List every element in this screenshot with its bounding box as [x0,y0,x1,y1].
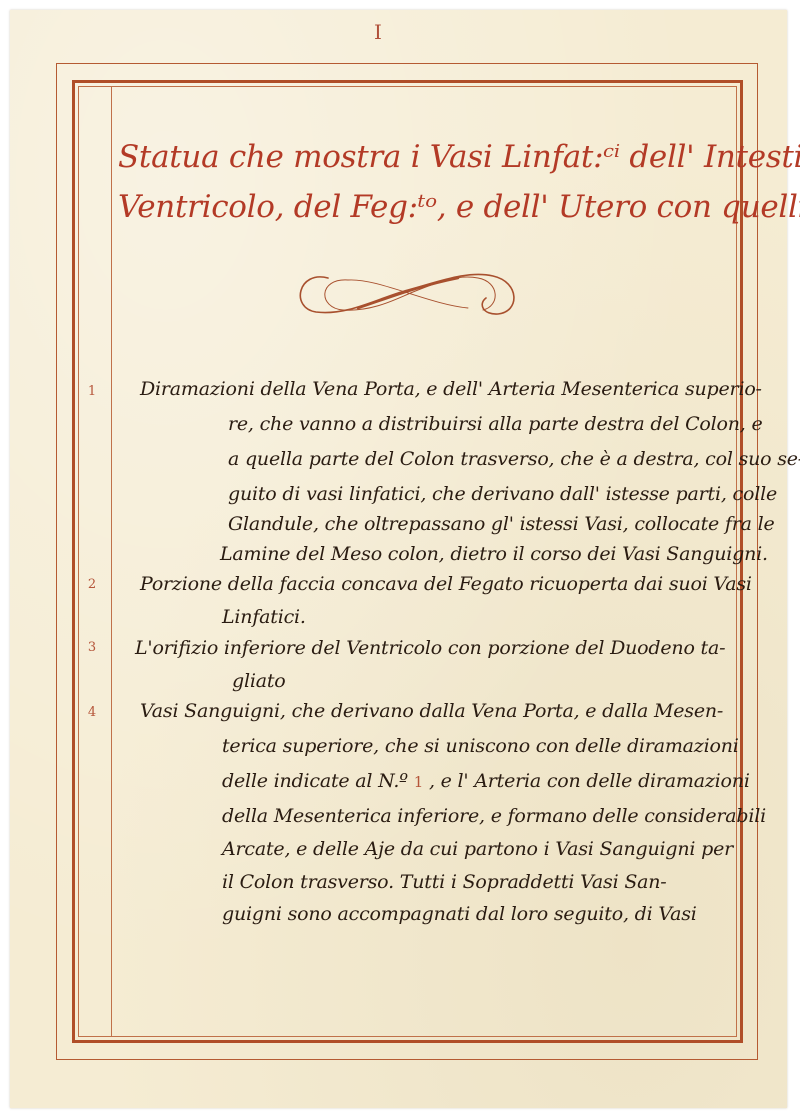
cross-reference-number: 1 [414,773,423,791]
flourish-ornament-icon [288,268,528,318]
title-line-2: Ventricolo, del Feg:ᵗᵒ, e dell' Utero co… [118,182,738,232]
entry-4-line-3: delle indicate al N.º 1 , e l' Arteria c… [222,770,750,792]
entry-4-line-7: guigni sono accompagnati dal loro seguit… [222,903,697,925]
entry-2-line-2: Linfatici. [222,606,306,628]
entry-number-4: 4 [84,705,100,720]
entry-4-line-2: terica superiore, che si uniscono con de… [222,735,739,757]
entry-1-line-3: a quella parte del Colon trasverso, che … [228,448,800,470]
entry-1-line-4: guito di vasi linfatici, che derivano da… [228,483,777,505]
title-line-1: Statua che mostra i Vasi Linfat:ᶜⁱ dell'… [118,132,738,182]
entry-1-line-2: re, che vanno a distribuirsi alla parte … [228,413,763,435]
entry-1-line-5: Glandule, che oltrepassano gl' istessi V… [228,513,775,535]
entry-4-line-6: il Colon trasverso. Tutti i Sopraddetti … [222,871,667,893]
entry-4-line-1: Vasi Sanguigni, che derivano dalla Vena … [140,700,723,722]
margin-rule [111,87,112,1036]
entry-3-line-1: L'orifizio inferiore del Ventricolo con … [135,637,725,659]
entry-1-line-1: Diramazioni della Vena Porta, e dell' Ar… [140,378,762,400]
page-number: I [368,20,388,44]
entry-number-2: 2 [84,577,100,592]
page-title: Statua che mostra i Vasi Linfat:ᶜⁱ dell'… [118,132,738,232]
entry-1-line-6: Lamine del Meso colon, dietro il corso d… [220,543,768,565]
entry-4-line-5: Arcate, e delle Aje da cui partono i Vas… [222,838,733,860]
entry-number-1: 1 [84,384,100,399]
entry-3-line-2: gliato [232,670,286,692]
entry-number-3: 3 [84,640,100,655]
entry-4-line-3-rest: , e l' Arteria con delle diramazioni [429,770,750,792]
entry-2-line-1: Porzione della faccia concava del Fegato… [140,573,752,595]
entry-4-line-3-text: delle indicate al N.º [222,770,408,792]
entry-4-line-4: della Mesenterica inferiore, e formano d… [222,805,766,827]
